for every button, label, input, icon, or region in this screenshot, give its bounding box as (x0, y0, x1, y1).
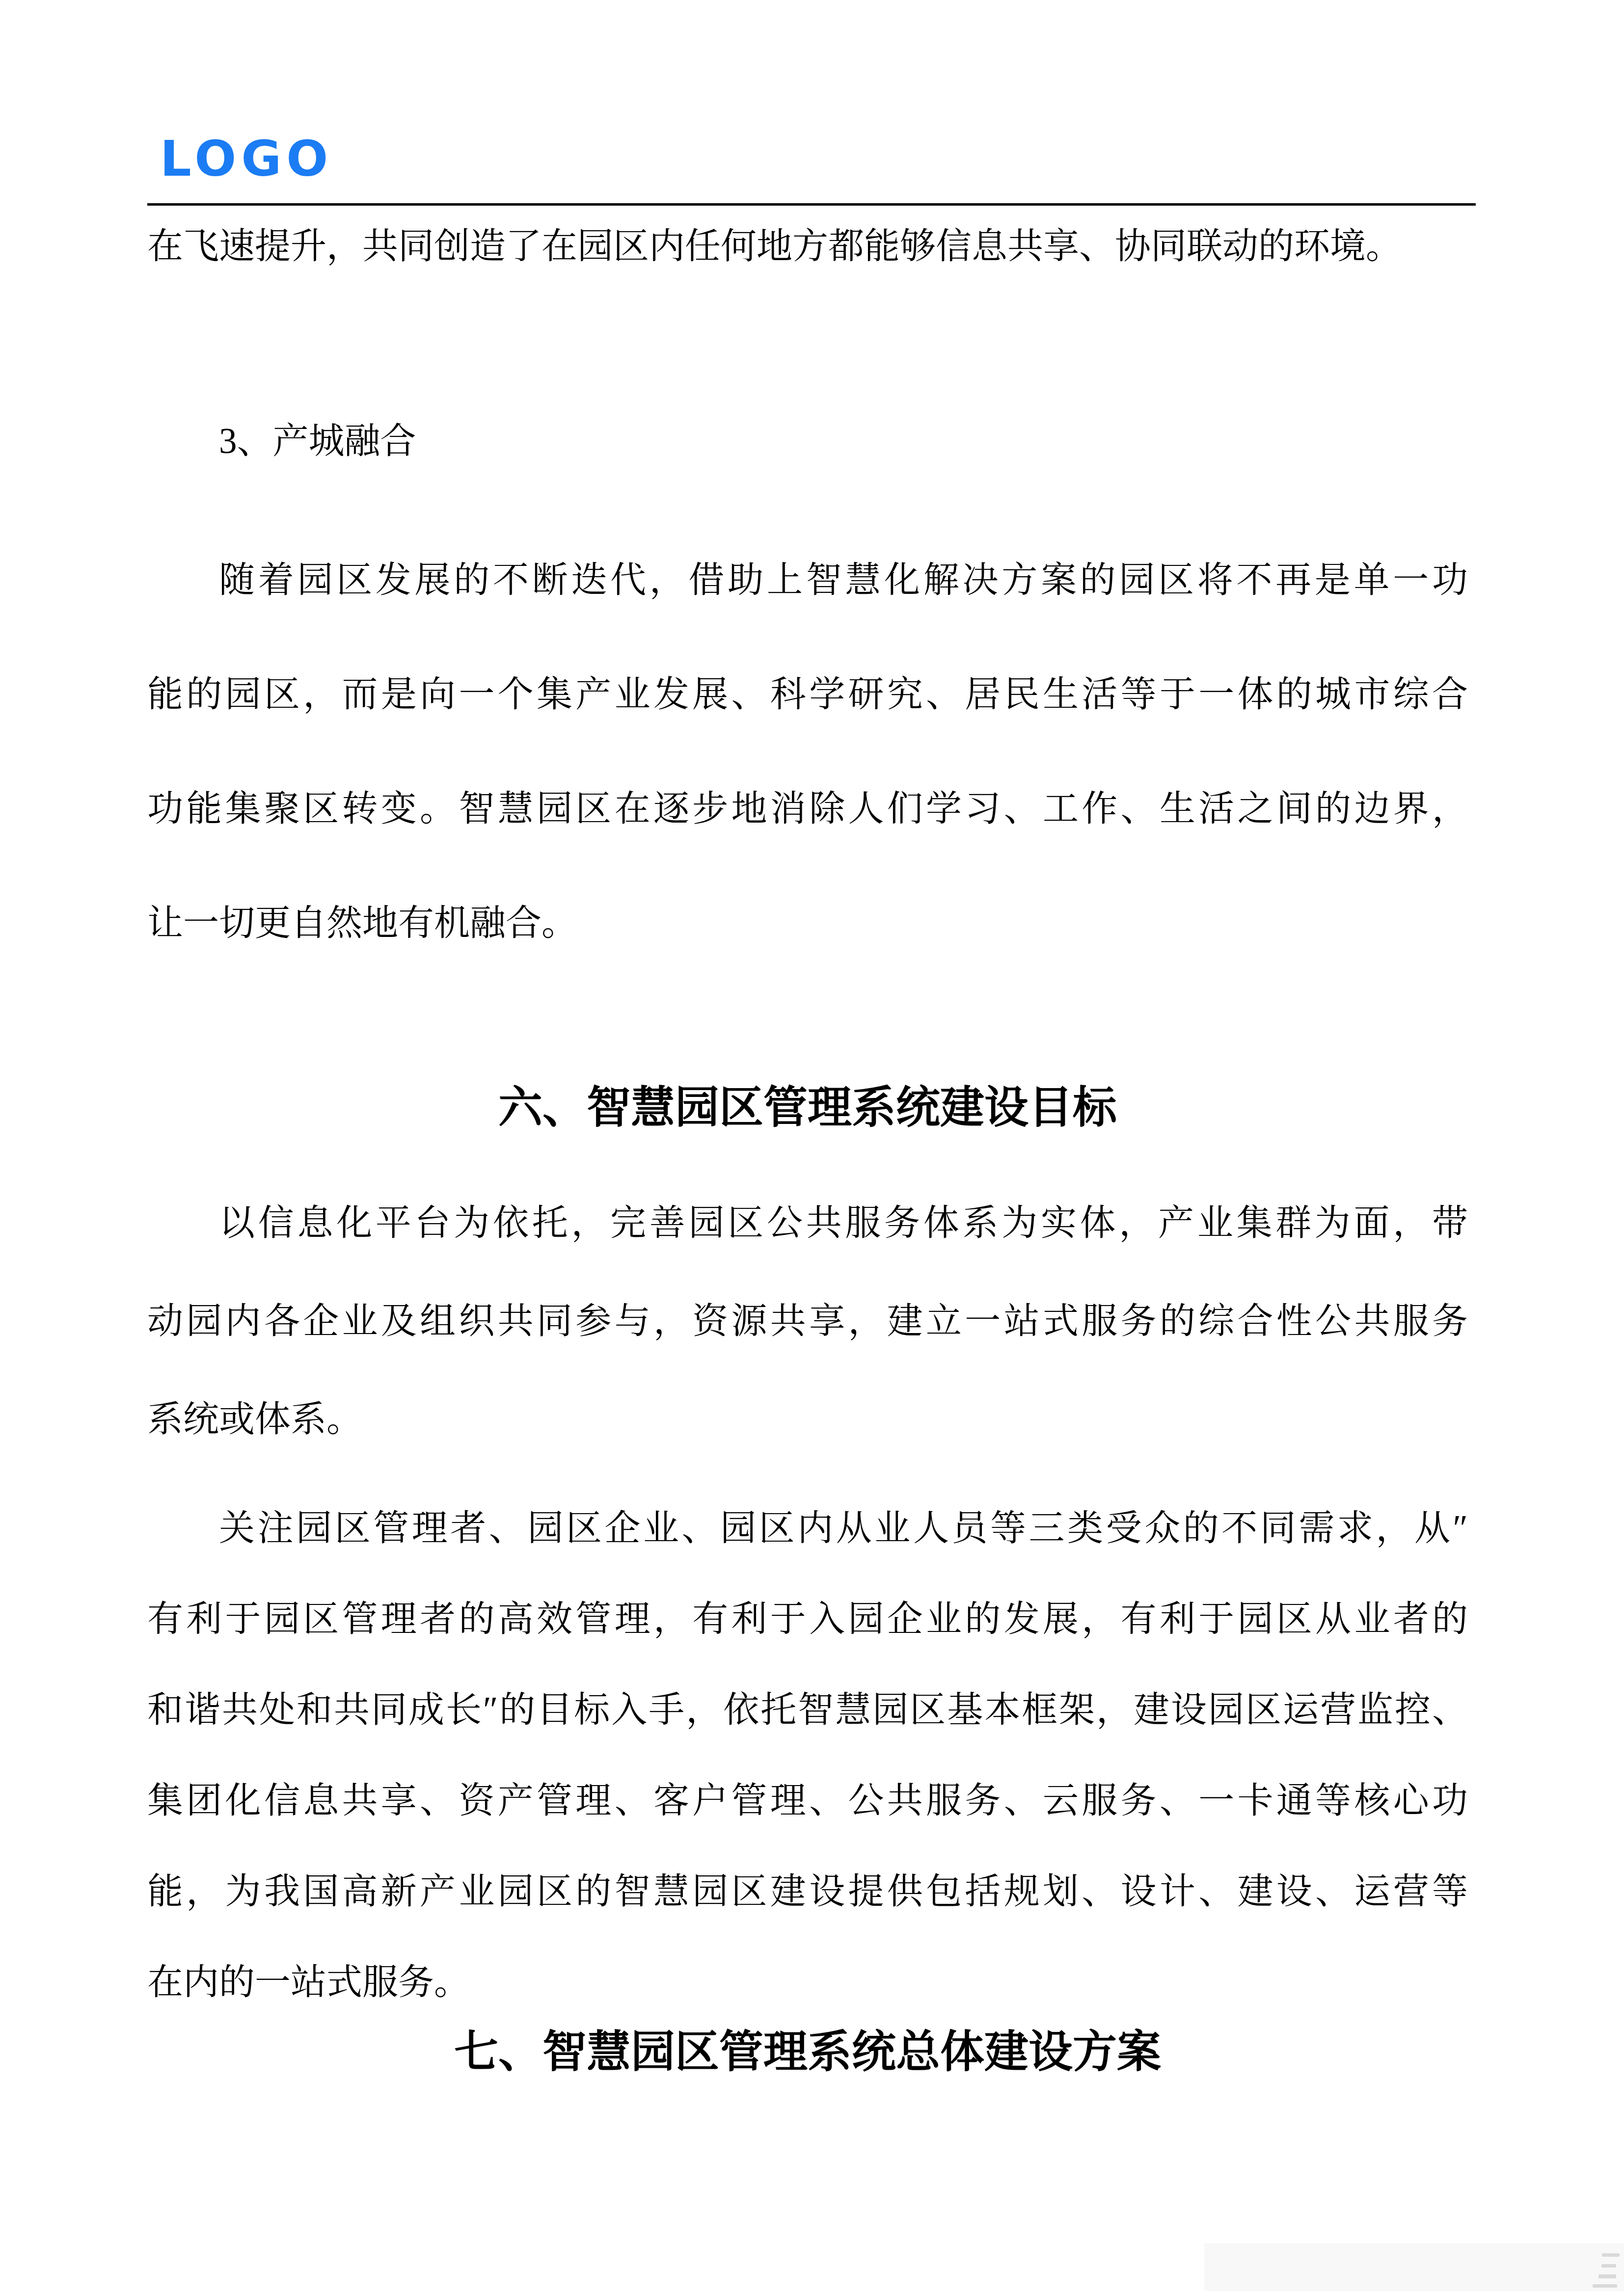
watermark-mark (1601, 2264, 1616, 2268)
document-page: LOGO 在飞速提升，共同创造了在园区内任何地方都能够信息共享、协同联动的环境。… (0, 0, 1624, 2296)
paragraph-line: 有利于园区管理者的高效管理，有利于入园企业的发展，有利于园区从业者的 (147, 1593, 1468, 1646)
paragraph-line: 关注园区管理者、园区企业、园区内从业人员等三类受众的不同需求，从″ (147, 1502, 1468, 1555)
paragraph-line: 在内的一站式服务。 (147, 1956, 1468, 2009)
paragraph-line: 集团化信息共享、资产管理、客户管理、公共服务、云服务、一卡通等核心功 (147, 1774, 1468, 1827)
paragraph-line: 和谐共处和共同成长″的目标入手，依托智慧园区基本框架，建设园区运营监控、 (147, 1683, 1468, 1736)
paragraph-line: 随着园区发展的不断迭代，借助上智慧化解决方案的园区将不再是单一功 (147, 554, 1468, 607)
watermark-mark (1593, 2284, 1617, 2288)
header-divider-line (147, 203, 1476, 206)
paragraph-line: 在飞速提升，共同创造了在园区内任何地方都能够信息共享、协同联动的环境。 (147, 220, 1468, 273)
paragraph-line: 功能集聚区转变。智慧园区在逐步地消除人们学习、工作、生活之间的边界， (147, 782, 1468, 835)
subsection-heading: 3、产城融合 (147, 415, 1468, 468)
section-heading-7: 七、智慧园区管理系统总体建设方案 (147, 2023, 1468, 2082)
paragraph-line: 动园内各企业及组织共同参与，资源共享，建立一站式服务的综合性公共服务 (147, 1295, 1468, 1348)
paragraph-line: 能，为我国高新产业园区的智慧园区建设提供包括规划、设计、建设、运营等 (147, 1865, 1468, 1918)
paragraph-line: 系统或体系。 (147, 1393, 1468, 1446)
watermark-mark (1598, 2274, 1616, 2278)
watermark-mark (1602, 2253, 1620, 2257)
company-logo: LOGO (160, 132, 333, 187)
section-heading-6: 六、智慧园区管理系统建设目标 (147, 1079, 1468, 1138)
paragraph-line: 能的园区，而是向一个集产业发展、科学研究、居民生活等于一体的城市综合 (147, 668, 1468, 721)
paragraph-line: 让一切更自然地有机融合。 (147, 897, 1468, 950)
paragraph-line: 以信息化平台为依托，完善园区公共服务体系为实体，产业集群为面，带 (147, 1197, 1468, 1250)
watermark-band (1204, 2243, 1624, 2291)
